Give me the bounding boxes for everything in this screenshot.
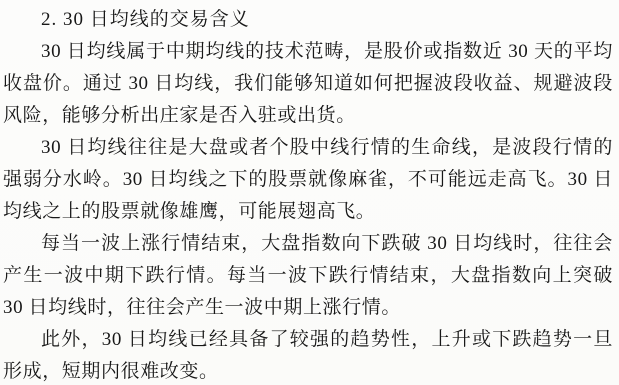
paragraph-definition: 30 日均线属于中期均线的技术范畴，是股价或指数近 30 天的平均收盘价。通过 … [3, 36, 613, 132]
paragraph-breakout: 每当一波上涨行情结束，大盘指数向下跌破 30 日均线时，往往会产生一波中期下跌行… [3, 228, 613, 324]
document-page: 2. 30 日均线的交易含义 30 日均线属于中期均线的技术范畴，是股价或指数近… [0, 0, 619, 385]
paragraph-lifeline: 30 日均线往往是大盘或者个股中线行情的生命线，是波段行情的强弱分水岭。30 日… [3, 132, 613, 228]
paragraph-trend: 此外，30 日均线已经具备了较强的趋势性，上升或下跌趋势一旦形成，短期内很难改变… [3, 324, 613, 385]
section-heading: 2. 30 日均线的交易含义 [3, 4, 613, 36]
